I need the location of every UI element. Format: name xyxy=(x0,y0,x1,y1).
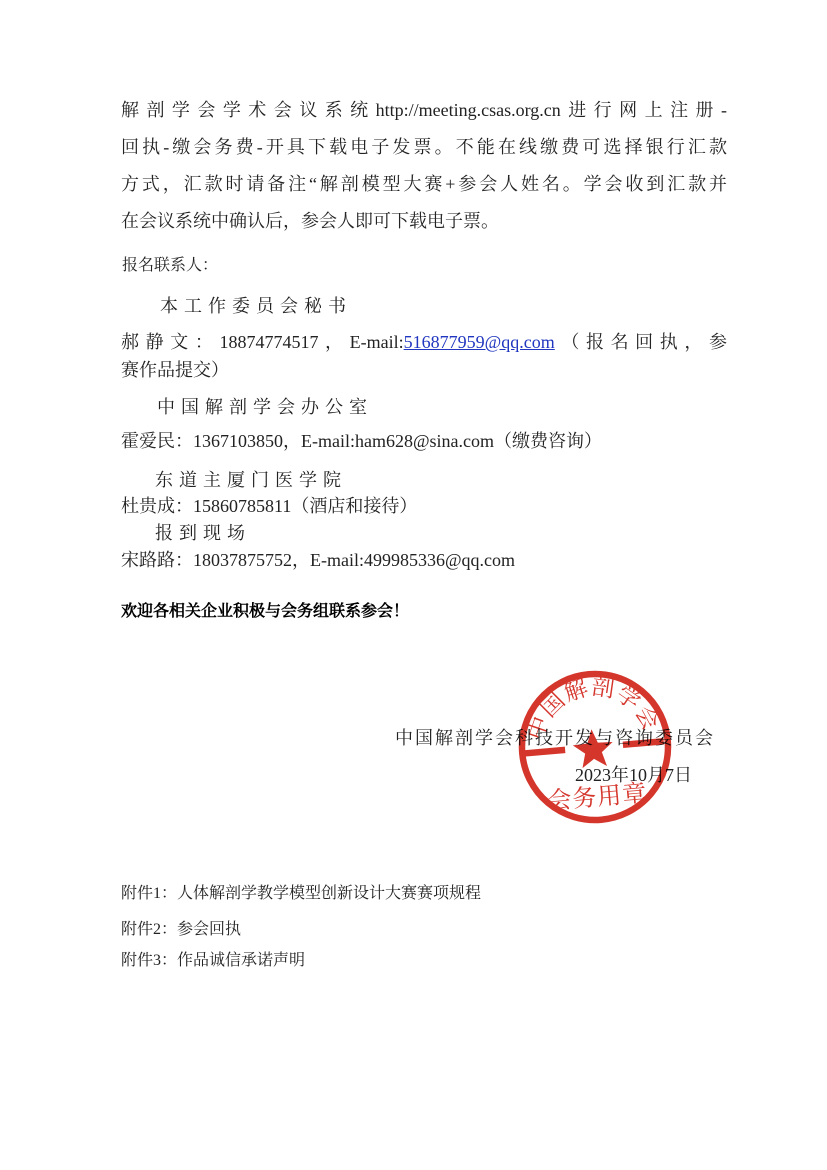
contact-line-wrap: 赛作品提交） xyxy=(121,358,229,382)
body-text-line: 解剖学会学术会议系统http://meeting.csas.org.cn进行网上… xyxy=(121,98,727,122)
contact-line: 宋路路：18037875752，E-mail:499985336@qq.com xyxy=(121,548,515,572)
attachment-line: 附件3：作品诚信承诺声明 xyxy=(121,949,305,973)
seal-right-bar xyxy=(623,738,664,748)
body-text-line: 回执-缴会务费-开具下载电子发票。不能在线缴费可选择银行汇款 xyxy=(121,135,727,159)
contact-group-label: 本工作委员会秘书 xyxy=(160,294,352,318)
contact-group-label: 东道主厦门医学院 xyxy=(155,468,347,492)
contact-line-prefix: 郝静文：18874774517，E-mail: xyxy=(121,332,404,352)
official-seal: 中国解剖学会 会务用章 xyxy=(508,660,682,834)
attachment-line: 附件1：人体解剖学教学模型创新设计大赛赛项规程 xyxy=(121,882,481,906)
contact-group-label: 中国解剖学会办公室 xyxy=(157,395,373,419)
attachment-line: 附件2：参会回执 xyxy=(121,918,241,942)
seal-star xyxy=(572,727,615,768)
contact-heading: 报名联系人： xyxy=(122,254,218,278)
contact-line-suffix: （报名回执，参 xyxy=(555,332,727,352)
contact-group-label: 报到现场 xyxy=(155,521,251,545)
contact-line: 杜贵成：15860785811（酒店和接待） xyxy=(121,494,417,518)
seal-left-bar xyxy=(524,747,565,757)
contact-line: 霍爱民：1367103850，E-mail:ham628@sina.com（缴费… xyxy=(121,429,602,453)
document-page: 解剖学会学术会议系统http://meeting.csas.org.cn进行网上… xyxy=(0,0,827,1170)
body-text-line: 在会议系统中确认后，参会人即可下载电子票。 xyxy=(121,209,499,233)
email-link[interactable]: 516877959@qq.com xyxy=(404,332,555,352)
welcome-line: 欢迎各相关企业积极与会务组联系参会！ xyxy=(121,600,409,624)
body-text-line: 方式，汇款时请备注“解剖模型大赛+参会人姓名。学会收到汇款并 xyxy=(121,172,727,196)
contact-line: 郝静文：18874774517，E-mail:516877959@qq.com（… xyxy=(121,330,727,354)
